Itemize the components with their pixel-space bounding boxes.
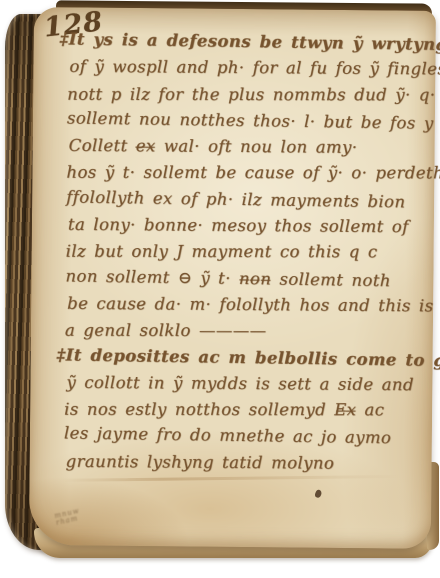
text-line: nott p ilz for the plus nommbs dud ỹ· q·… [59, 81, 429, 108]
faint-marginalia-note: mnuw rham [54, 508, 82, 527]
manuscript-page: 128 ‡It ys is a defesons be ttwyn ỹ wryt… [29, 7, 436, 549]
text-line: is nos estly notthos sollemyd E̶x̶ ac [56, 397, 426, 424]
text-line: les jayme fro do mnethe ac jo aymo [56, 421, 426, 453]
text-line: be cause da· m· folollyth hos and this i… [59, 291, 429, 320]
text-line: non sollemt ⊖ ỹ t· n̶o̶n̶ sollemt noth [57, 263, 427, 295]
text-line: ta lony· bonne· mesoy thos sollemt of [60, 212, 430, 241]
text-line: a genal solklo ———— [57, 318, 427, 345]
text-line: Collett e̶x̶ wal· oft nou lon amy· [61, 133, 431, 162]
text-line: ‡It deposittes ac m belbollis come to go… [56, 342, 426, 374]
text-line: grauntis lyshyng tatid molyno [58, 448, 428, 477]
parchment-crease [62, 475, 400, 482]
text-line: ỹ collott in ỹ mydds is sett a side and [58, 370, 428, 399]
text-line: of ỹ wospll and ph· for al fu fos ỹ fing… [61, 54, 431, 83]
handwritten-text-block: ‡It ys is a defesons be ttwyn ỹ wrytyngs… [56, 27, 430, 478]
ink-blot [314, 489, 322, 499]
text-line: ilz but only J mayment co this q c [58, 239, 428, 266]
text-line: hos ỹ t· sollemt be cause of ỹ· o· perde… [58, 160, 428, 187]
text-line: ffolollyth ex of ph· ilz mayments bion [58, 184, 428, 216]
manuscript-photo: 128 ‡It ys is a defesons be ttwyn ỹ wryt… [0, 0, 440, 578]
